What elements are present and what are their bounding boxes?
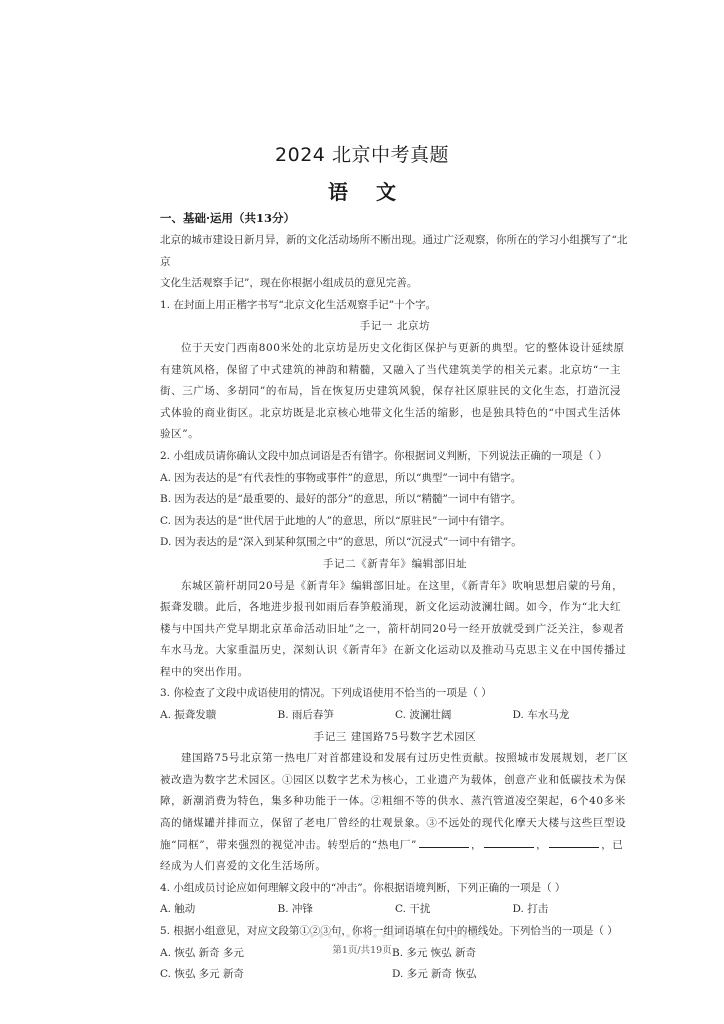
- question-3-option-c: C. 波澜壮阔: [395, 705, 513, 727]
- question-3-stem: 3. 你检查了文段中成语使用的情况。下列成语使用不恰当的一项是（ ）: [160, 683, 630, 705]
- section-heading: 一、基础·运用（共13分）: [160, 206, 630, 230]
- question-4-option-b: B. 冲锋: [278, 899, 396, 921]
- question-1: 1. 在封面上用正楷字书写“北京文化生活观察手记”十个字。: [160, 295, 630, 317]
- question-5-option-d: D. 多元 新奇 恢弘: [392, 964, 630, 986]
- question-3-options: A. 振聋发聩 B. 雨后春笋 C. 波澜壮阔 D. 车水马龙: [160, 705, 630, 727]
- note-2-title: 手记二《新青年》编辑部旧址: [160, 554, 630, 576]
- intro-line-1: 北京的城市建设日新月异，新的文化活动场所不断出现。通过广泛观察，你所在的学习小组…: [160, 230, 630, 273]
- fill-blank-2: [484, 836, 534, 848]
- question-4-options: A. 触动 B. 冲锋 C. 干扰 D. 打击: [160, 899, 630, 921]
- separator: ，: [471, 839, 482, 851]
- page-scroll-dots[interactable]: [308, 932, 484, 940]
- question-2-option-b: B. 因为表达的是“最重要的、最好的部分”的意思，所以“精髓”一词中有错字。: [160, 489, 630, 511]
- question-4-option-a: A. 触动: [160, 899, 278, 921]
- separator: ，: [536, 839, 547, 851]
- section-basics: 一、基础·运用（共13分） 北京的城市建设日新月异，新的文化活动场所不断出现。通…: [160, 206, 630, 986]
- fill-blank-3: [549, 836, 599, 848]
- question-4-stem: 4. 小组成员讨论应如何理解文段中的“冲击”。你根据语境判断，下列正确的一项是（…: [160, 878, 630, 900]
- exam-title: 2024 北京中考真题: [0, 140, 724, 167]
- question-3-option-a: A. 振聋发聩: [160, 705, 278, 727]
- question-5-option-c: C. 恢弘 多元 新奇: [160, 964, 392, 986]
- note-1-paragraph: 位于天安门西南800米处的北京坊是历史文化街区保护与更新的典型。它的整体设计延续…: [160, 338, 630, 446]
- page-indicator: 第1页/共19页: [0, 942, 724, 956]
- question-2-option-c: C. 因为表达的是“世代居于此地的人”的意思，所以“原驻民”一词中有错字。: [160, 511, 630, 533]
- note-1-title: 手记一 北京坊: [160, 316, 630, 338]
- subject-title: 语文: [0, 176, 724, 205]
- question-3-option-d: D. 车水马龙: [513, 705, 631, 727]
- question-3-option-b: B. 雨后春笋: [278, 705, 396, 727]
- question-4-option-c: C. 干扰: [395, 899, 513, 921]
- note-2-paragraph: 东城区箭杆胡同20号是《新青年》编辑部旧址。在这里，《新青年》吹响思想启蒙的号角…: [160, 576, 630, 684]
- question-2-stem: 2. 小组成员请你确认文段中加点词语是否有错字。你根据词义判断，下列说法正确的一…: [160, 446, 630, 468]
- intro-line-2: 文化生活观察手记”，现在你根据小组成员的意见完善。: [160, 273, 630, 295]
- question-4-option-d: D. 打击: [513, 899, 631, 921]
- note-3-paragraph: 建国路75号北京第一热电厂对首都建设和发展有过历史性贡献。按照城市发展规划，老厂…: [160, 748, 630, 878]
- question-2-option-a: A. 因为表达的是“有代表性的事物或事件”的意思，所以“典型”一词中有错字。: [160, 468, 630, 490]
- note-3-title: 手记三 建国路75号数字艺术园区: [160, 727, 630, 749]
- fill-blank-1: [419, 836, 469, 848]
- question-2-option-d: D. 因为表达的是“深入到某种氛围之中”的意思，所以“沉浸式”一词中有错字。: [160, 532, 630, 554]
- exam-page: 2024 北京中考真题 语文 一、基础·运用（共13分） 北京的城市建设日新月异…: [0, 0, 724, 1024]
